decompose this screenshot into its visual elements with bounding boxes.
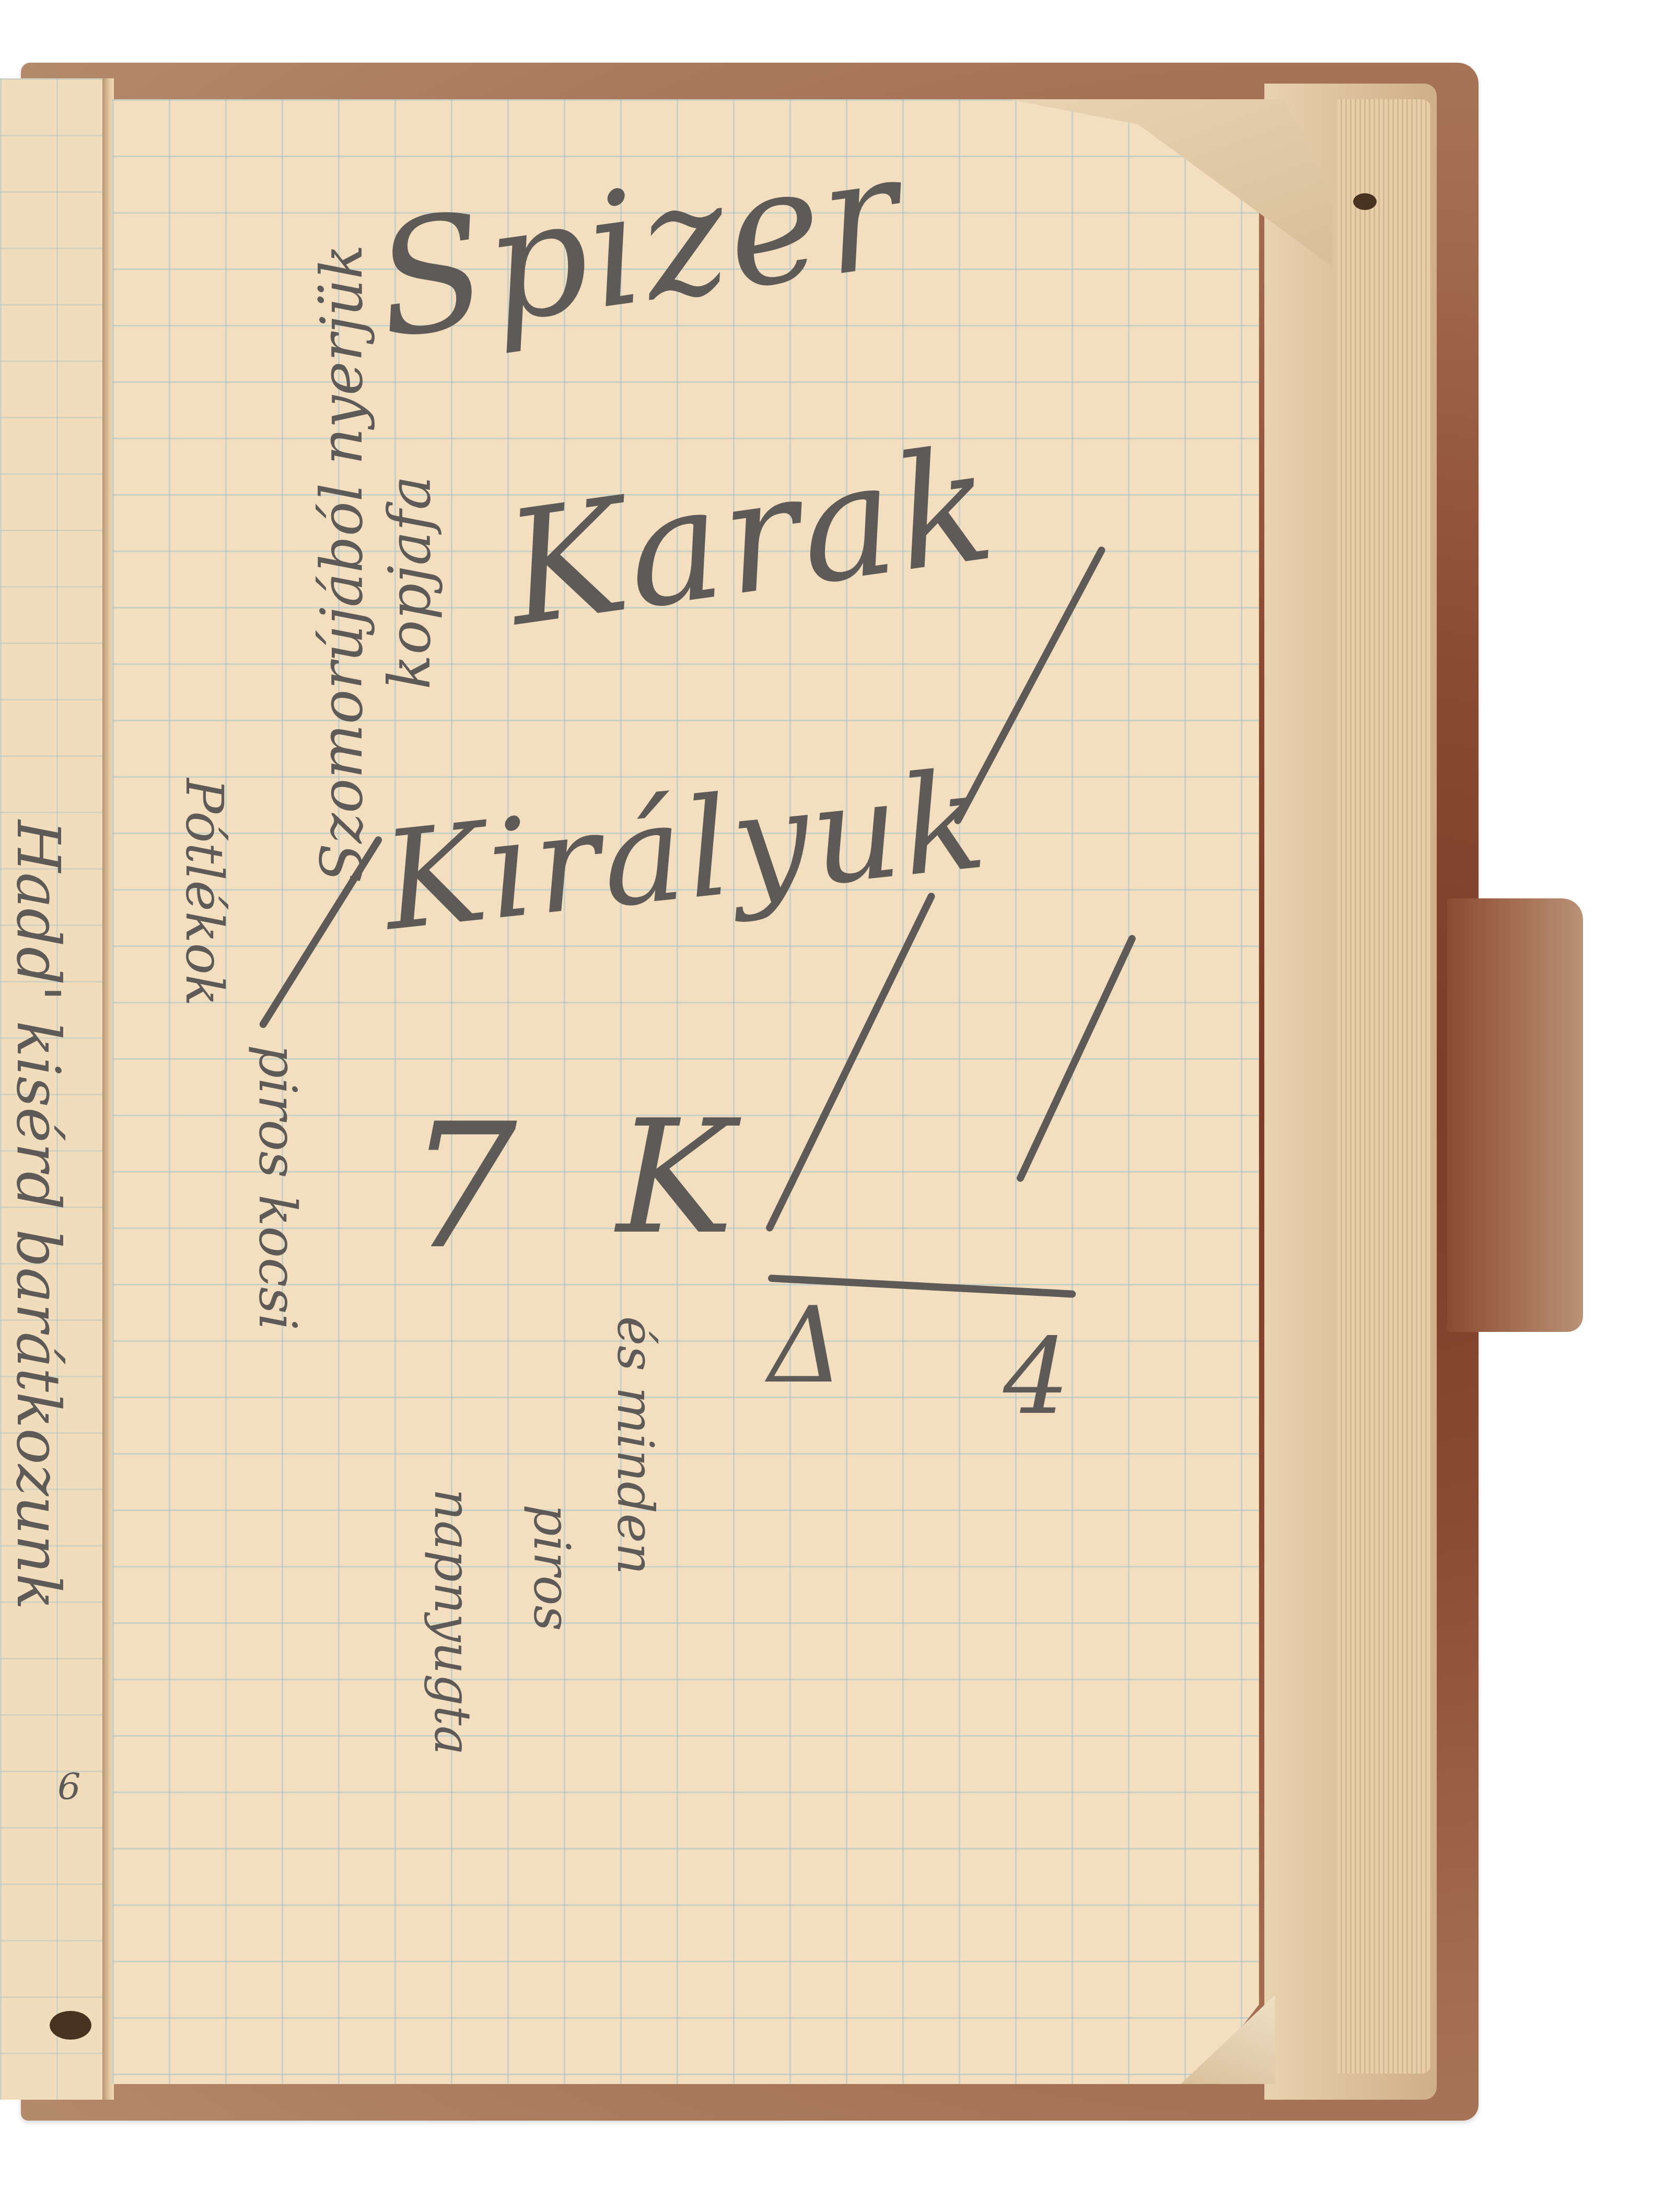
- page-edges: [1337, 99, 1432, 2074]
- vertical-note-3: Pótlékok: [174, 778, 235, 1006]
- dirt-spot: [1353, 193, 1377, 210]
- vertical-note-7: és minden: [606, 1316, 664, 1575]
- symbol-four: 4: [1003, 1316, 1069, 1438]
- notebook: Hadd' kisérd barátkozunk 6 Spizer Karak …: [0, 63, 1479, 2121]
- vertical-note-5: napnyugta: [423, 1489, 481, 1755]
- binding-gutter: [102, 78, 114, 2100]
- vertical-note-6: piros: [522, 1504, 580, 1631]
- symbol-seven: 7: [408, 1086, 517, 1287]
- left-page-vertical-text: Hadd' kisérd barátkozunk: [3, 820, 73, 1610]
- vertical-note-4: piros kocsi: [247, 1045, 308, 1330]
- ink-stain: [50, 2011, 91, 2040]
- left-page: Hadd' kisérd barátkozunk 6: [0, 78, 106, 2100]
- vertical-note-1: Szomorújából nyerjük: [308, 244, 375, 883]
- cover-clasp-tab: [1447, 898, 1583, 1332]
- symbol-triangle: Δ: [768, 1285, 843, 1407]
- symbol-k: K: [616, 1086, 734, 1269]
- vertical-note-2: kopjafa: [376, 476, 443, 689]
- left-page-mark: 6: [57, 1765, 81, 1808]
